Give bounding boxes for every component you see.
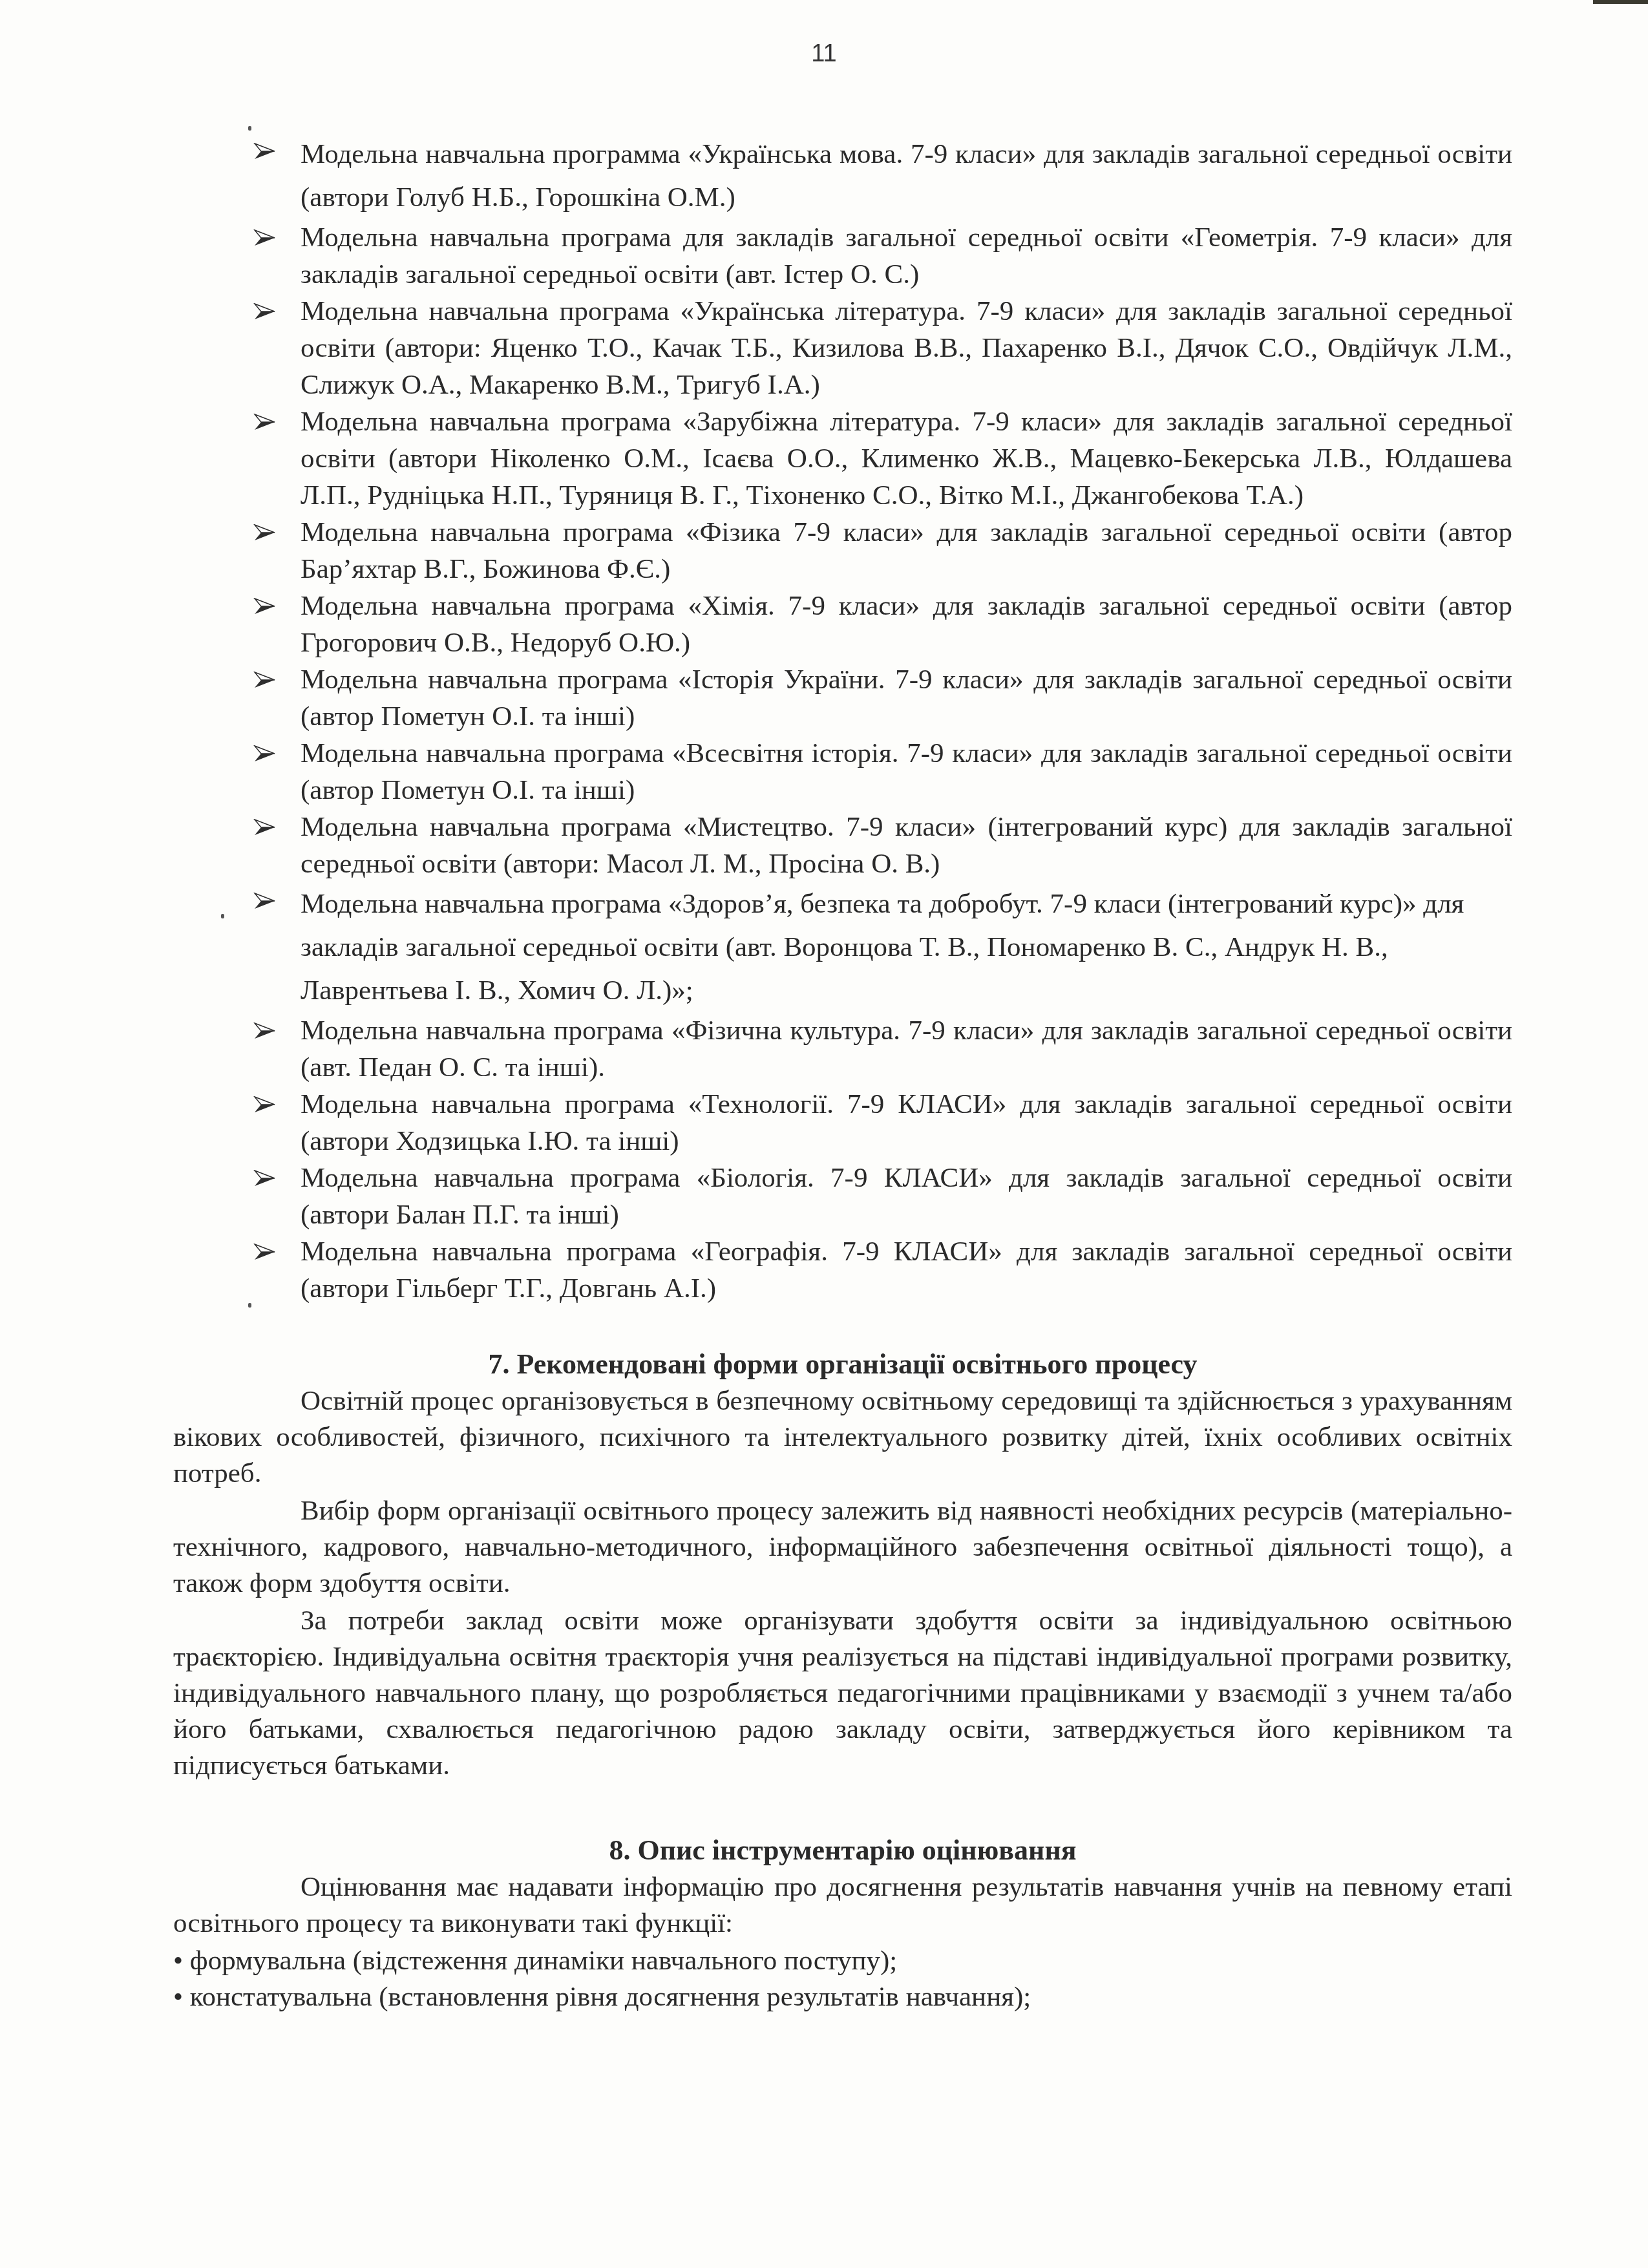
list-item: Модельна навчальна програма для закладів… bbox=[173, 219, 1512, 293]
section-8-heading: 8. Опис інструментарію оцінювання bbox=[173, 1832, 1512, 1869]
arrow-bullet-icon bbox=[253, 598, 275, 615]
list-item: Модельна навчальна програма «Хімія. 7-9 … bbox=[173, 588, 1512, 661]
list-item: Модельна навчальна програма «Технології.… bbox=[173, 1086, 1512, 1160]
list-item: Модельна навчальна програма «Біологія. 7… bbox=[173, 1160, 1512, 1233]
program-text: Модельна навчальна програма «Зарубіжна л… bbox=[301, 403, 1512, 514]
section-8-intro: Оцінювання має надавати інформацію про д… bbox=[173, 1869, 1512, 1942]
assessment-function-item: • формувальна (відстеження динаміки навч… bbox=[173, 1943, 1512, 1979]
assessment-function-item: • констатувальна (встановлення рівня дос… bbox=[173, 1979, 1512, 2015]
arrow-bullet-icon bbox=[253, 143, 275, 160]
arrow-bullet-icon bbox=[253, 893, 275, 909]
section-7-paragraph: Освітній процес організовується в безпеч… bbox=[173, 1383, 1512, 1492]
arrow-bullet-icon bbox=[253, 1170, 275, 1187]
program-text: Модельна навчальна програма «Всесвітня і… bbox=[301, 735, 1512, 809]
list-item: Модельна навчальна програма «Всесвітня і… bbox=[173, 735, 1512, 809]
list-item: Модельна навчальна програма «Зарубіжна л… bbox=[173, 403, 1512, 514]
program-text: Модельна навчальна програма для закладів… bbox=[301, 219, 1512, 293]
arrow-bullet-icon bbox=[253, 1096, 275, 1113]
section-7-heading: 7. Рекомендовані форми організації освіт… bbox=[173, 1346, 1512, 1383]
program-text: Модельна навчальна програма «Мистецтво. … bbox=[301, 809, 1512, 882]
list-item: Модельна навчальна програма «Мистецтво. … bbox=[173, 809, 1512, 882]
section-7-paragraph: За потреби заклад освіти може організува… bbox=[173, 1603, 1512, 1784]
arrow-bullet-icon bbox=[253, 1023, 275, 1039]
list-item: Модельна навчальна программа «Українська… bbox=[173, 132, 1512, 219]
scan-speck bbox=[248, 126, 251, 131]
program-text: Модельна навчальна програма «Фізика 7-9 … bbox=[301, 514, 1512, 588]
program-text: Модельна навчальна програма «Фізична кул… bbox=[301, 1012, 1512, 1086]
program-text: Модельна навчальна програма «Біологія. 7… bbox=[301, 1160, 1512, 1233]
list-item: Модельна навчальна програма «Історія Укр… bbox=[173, 661, 1512, 735]
list-item: Модельна навчальна програма «Українська … bbox=[173, 293, 1512, 403]
program-text: Модельна навчальна програма «Історія Укр… bbox=[301, 661, 1512, 735]
program-text: Модельна навчальна програма «Географія. … bbox=[301, 1233, 1512, 1307]
arrow-bullet-icon bbox=[253, 819, 275, 836]
list-item: Модельна навчальна програма «Фізична кул… bbox=[173, 1012, 1512, 1086]
list-item: Модельна навчальна програма «Здоров’я, б… bbox=[173, 882, 1512, 1012]
arrow-bullet-icon bbox=[253, 303, 275, 320]
program-text: Модельна навчальна програма «Хімія. 7-9 … bbox=[301, 588, 1512, 661]
arrow-bullet-icon bbox=[253, 524, 275, 541]
section-7-paragraph: Вибір форм організації освітнього процес… bbox=[173, 1493, 1512, 1602]
program-text: Модельна навчальна програма «Технології.… bbox=[301, 1086, 1512, 1160]
arrow-bullet-icon bbox=[253, 414, 275, 430]
program-text: Модельна навчальна програма «Здоров’я, б… bbox=[301, 882, 1512, 1012]
arrow-bullet-icon bbox=[253, 1244, 275, 1260]
document-body: Модельна навчальна программа «Українська… bbox=[173, 132, 1512, 2015]
list-item: Модельна навчальна програма «Фізика 7-9 … bbox=[173, 514, 1512, 588]
program-text: Модельна навчальна программа «Українська… bbox=[301, 132, 1512, 219]
program-text: Модельна навчальна програма «Українська … bbox=[301, 293, 1512, 403]
scan-edge-mark bbox=[1593, 0, 1648, 4]
list-item: Модельна навчальна програма «Географія. … bbox=[173, 1233, 1512, 1307]
arrow-bullet-icon bbox=[253, 745, 275, 762]
arrow-bullet-icon bbox=[253, 229, 275, 246]
model-programs-list: Модельна навчальна программа «Українська… bbox=[173, 132, 1512, 1307]
page-number: 11 bbox=[0, 40, 1648, 68]
arrow-bullet-icon bbox=[253, 672, 275, 688]
